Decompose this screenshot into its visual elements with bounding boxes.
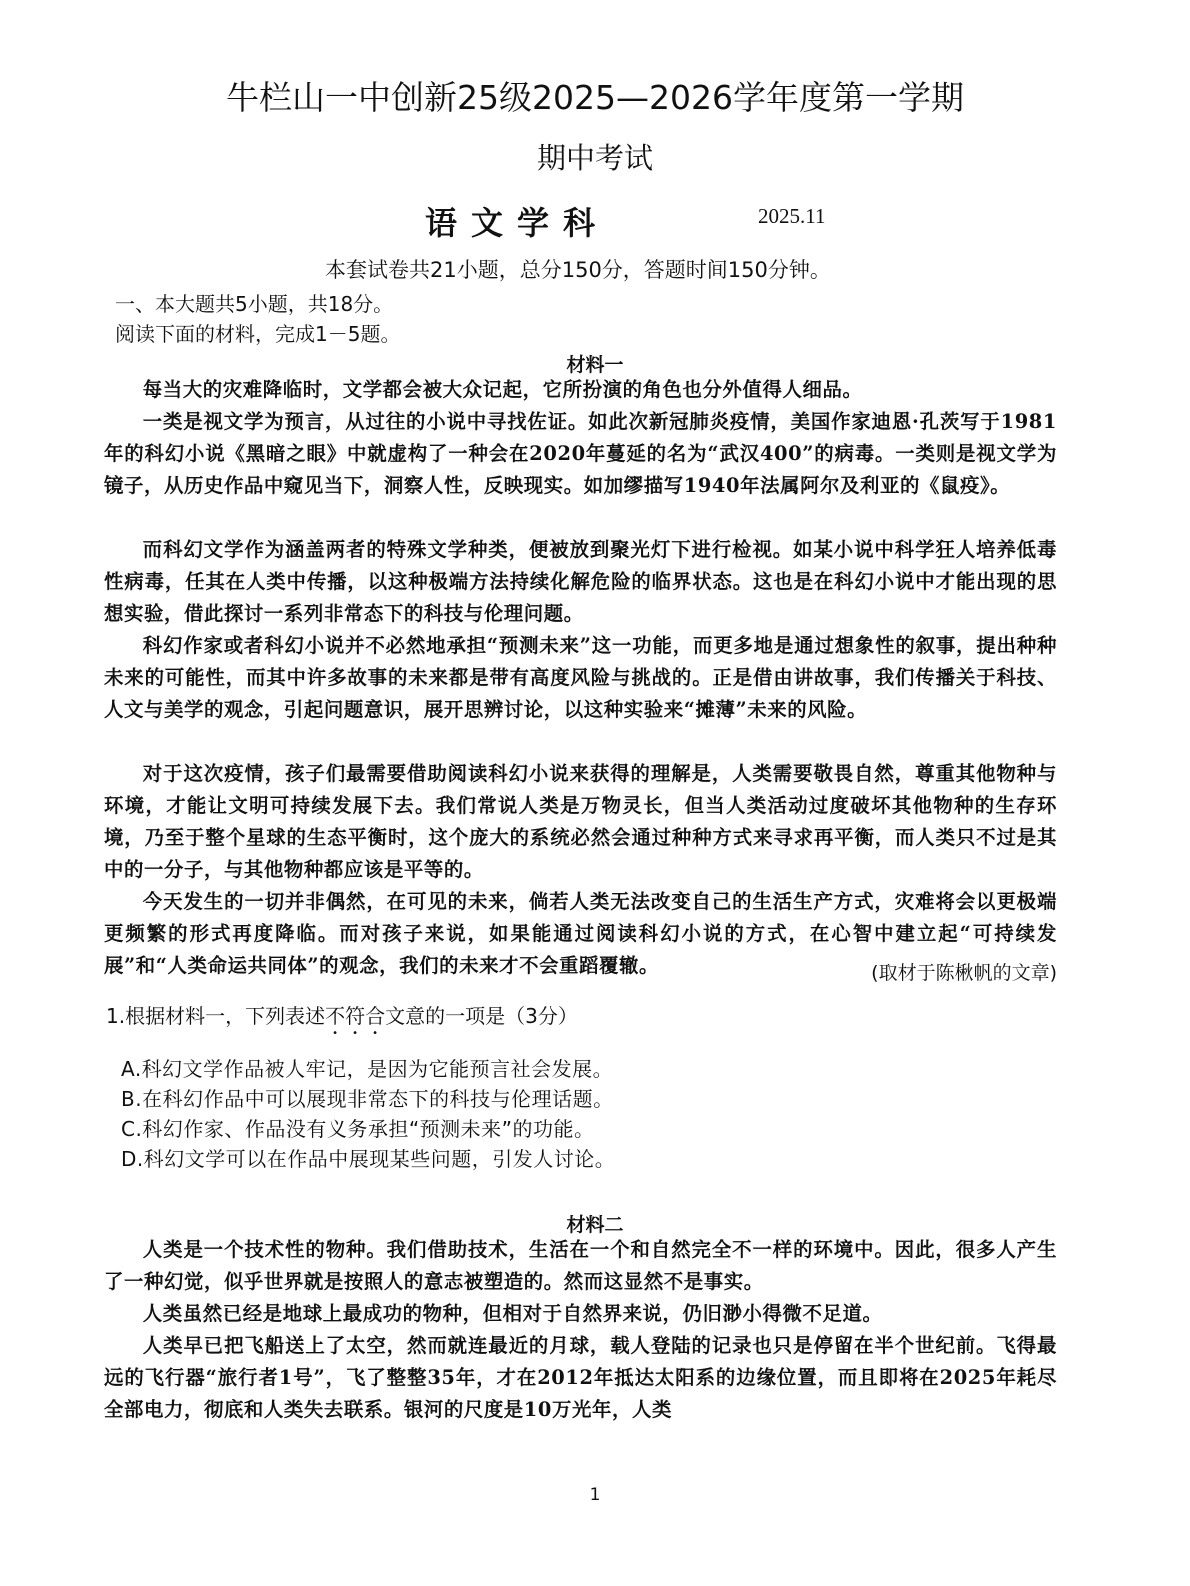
section-heading: 一、本大题共5小题，共18分。: [115, 288, 393, 317]
section-instruction: 阅读下面的材料，完成1－5题。: [115, 318, 400, 347]
material-1-paragraph: 每当大的灾难降临时，文学都会被大众记起，它所扮演的角色也分外值得人细品。: [104, 374, 1057, 406]
subject-title: 语文学科: [425, 198, 609, 244]
material-1-paragraph: 对于这次疫情，孩子们最需要借助阅读科幻小说来获得的理解是，人类需要敬畏自然，尊重…: [104, 758, 1057, 886]
page-number: 1: [0, 1485, 1190, 1505]
question-1-suffix: 文意的一项是（3分）: [385, 1004, 578, 1028]
material-1-paragraph: 一类是视文学为预言，从过往的小说中寻找佐证。如此次新冠肺炎疫情，美国作家迪恩·孔…: [104, 406, 1057, 502]
material-2-title: 材料二: [0, 1210, 1190, 1237]
question-1-prefix: 1.根据材料一，下列表述: [106, 1004, 325, 1028]
question-1-option-d: D.科幻文学可以在作品中展现某些问题，引发人讨论。: [121, 1143, 615, 1172]
material-1-paragraph: 科幻作家或者科幻小说并不必然地承担“预测未来”这一功能，而更多地是通过想象性的叙…: [104, 630, 1057, 726]
exam-type: 期中考试: [0, 136, 1190, 177]
material-2-paragraph: 人类是一个技术性的物种。我们借助技术，生活在一个和自然完全不一样的环境中。因此，…: [104, 1234, 1057, 1298]
question-1-emphasis: 不符合: [325, 1004, 385, 1028]
material-1-title: 材料一: [0, 350, 1190, 377]
material-1-source: (取材于陈楸帆的文章): [871, 958, 1057, 985]
material-2-paragraph: 人类虽然已经是地球上最成功的物种，但相对于自然界来说，仍旧渺小得微不足道。: [104, 1298, 1057, 1330]
exam-info: 本套试卷共21小题，总分150分，答题时间150分钟。: [325, 254, 831, 284]
exam-title: 牛栏山一中创新25级2025—2026学年度第一学期: [0, 72, 1190, 119]
material-1-paragraph: 而科幻文学作为涵盖两者的特殊文学种类，便被放到聚光灯下进行检视。如某小说中科学狂…: [104, 534, 1057, 630]
question-1-option-c: C.科幻作家、作品没有义务承担“预测未来”的功能。: [121, 1113, 595, 1142]
question-1-option-a: A.科幻文学作品被人牢记，是因为它能预言社会发展。: [121, 1053, 613, 1082]
question-1-option-b: B.在科幻作品中可以展现非常态下的科技与伦理话题。: [121, 1083, 614, 1112]
exam-date: 2025.11: [758, 204, 825, 229]
question-1-stem: 1.根据材料一，下列表述不符合文意的一项是（3分）: [106, 1000, 578, 1039]
material-2-paragraph: 人类早已把飞船送上了太空，然而就连最近的月球，载人登陆的记录也只是停留在半个世纪…: [104, 1330, 1057, 1426]
